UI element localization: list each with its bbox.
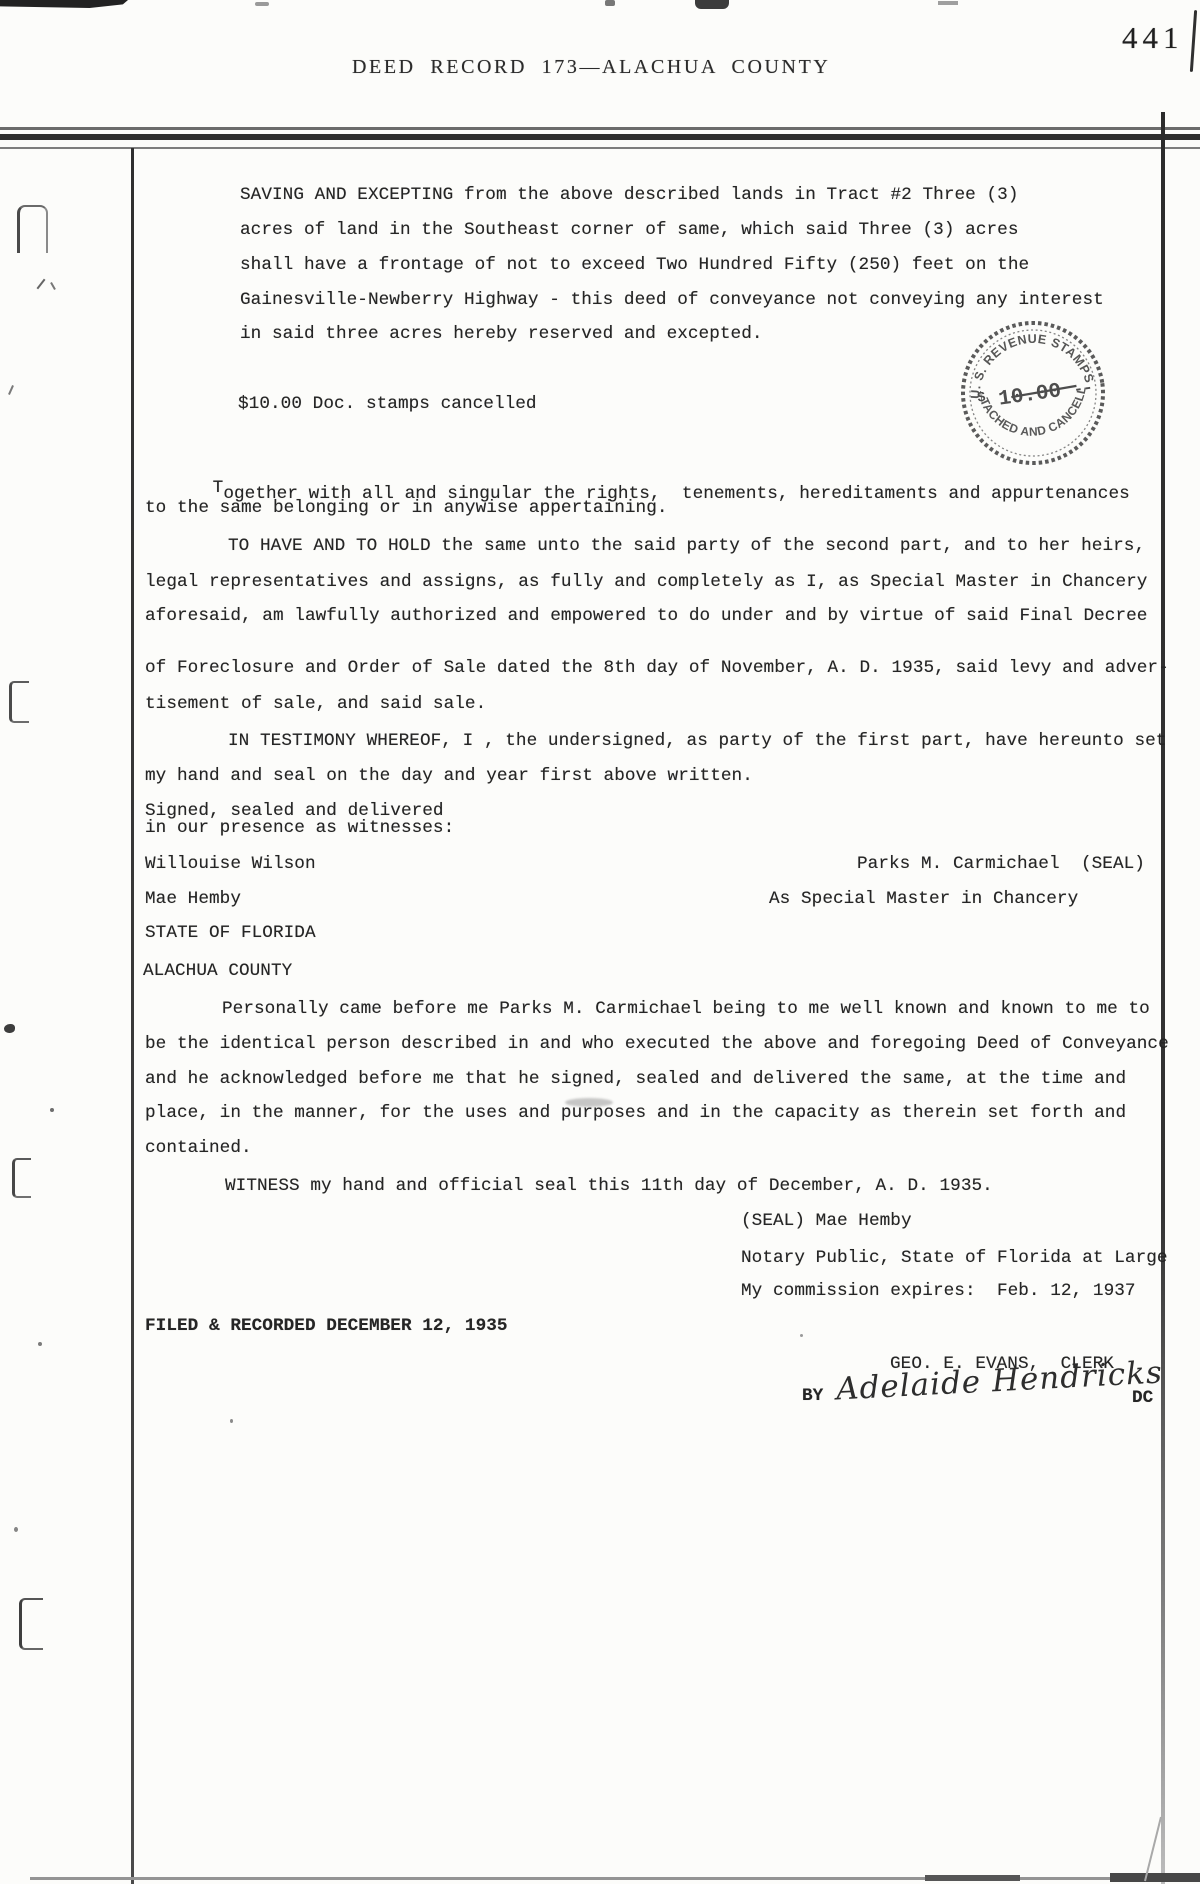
deed-line: to the same belonging or in anywise appe… <box>145 498 668 518</box>
margin-dot <box>38 1342 42 1346</box>
deed-record-page: 441 DEED RECORD 173—ALACHUA COUNTY U <box>0 0 1200 1884</box>
margin-bracket-mark <box>17 205 48 253</box>
margin-tick-mark <box>50 282 56 290</box>
deed-line: tisement of sale, and said sale. <box>145 694 486 714</box>
margin-tick-mark <box>8 385 14 395</box>
notary-title-line: Notary Public, State of Florida at Large <box>741 1248 1168 1268</box>
margin-bracket-mark <box>9 681 29 723</box>
notary-commission-line: My commission expires: Feb. 12, 1937 <box>741 1281 1136 1301</box>
margin-tick-mark <box>37 279 46 290</box>
grantor-title-line: As Special Master in Chancery <box>769 889 1078 909</box>
by-label: BY <box>802 1386 823 1406</box>
margin-bracket-mark <box>19 1598 43 1650</box>
state-line: STATE OF FLORIDA <box>145 923 316 943</box>
doc-stamps-line: $10.00 Doc. stamps cancelled <box>238 394 537 414</box>
deed-line: Personally came before me Parks M. Carmi… <box>222 999 1150 1019</box>
deputy-suffix: DC <box>1132 1388 1153 1408</box>
deed-line: Gainesville-Newberry Highway - this deed… <box>240 290 1104 310</box>
deed-line: contained. <box>145 1138 252 1158</box>
deed-line: of Foreclosure and Order of Sale dated t… <box>145 658 1169 678</box>
witness-name: Willouise Wilson <box>145 854 316 874</box>
deed-line: shall have a frontage of not to exceed T… <box>240 255 1029 275</box>
witness-name: Mae Hemby <box>145 889 241 909</box>
scan-edge-artifact <box>0 0 128 8</box>
page-curl-line <box>1144 1817 1162 1882</box>
bottom-scan-band <box>30 1877 1200 1880</box>
deed-line: in said three acres hereby reserved and … <box>240 324 763 344</box>
header-rule-thin <box>0 127 1200 130</box>
scan-edge-artifact <box>938 1 958 5</box>
deed-line: be the identical person described in and… <box>145 1034 1169 1054</box>
deed-line: aforesaid, am lawfully authorized and em… <box>145 606 1147 626</box>
left-page-border <box>131 148 134 1884</box>
grantor-signature-line: Parks M. Carmichael (SEAL) <box>857 854 1145 874</box>
bottom-scan-band-dark <box>1110 1873 1200 1882</box>
scan-edge-artifact <box>605 0 615 6</box>
margin-dot <box>14 1527 18 1532</box>
right-page-border <box>1161 112 1165 1884</box>
raised-letter: T <box>213 478 224 498</box>
bottom-scan-band-dark <box>925 1875 1020 1881</box>
header-rule-lower <box>0 147 1200 149</box>
margin-dot <box>800 1334 803 1337</box>
deed-line: my hand and seal on the day and year fir… <box>145 766 753 786</box>
county-line: ALACHUA COUNTY <box>143 961 292 981</box>
deed-line: place, in the manner, for the uses and p… <box>145 1103 1126 1123</box>
deed-line: TO HAVE AND TO HOLD the same unto the sa… <box>228 536 1145 556</box>
scan-edge-artifact <box>695 0 729 9</box>
running-header: DEED RECORD 173—ALACHUA COUNTY <box>352 56 830 79</box>
page-number: 441 <box>1122 20 1184 56</box>
margin-bracket-mark <box>12 1158 31 1198</box>
deputy-clerk-signature: Adelaide Hendricks <box>835 1354 1163 1407</box>
deed-line: acres of land in the Southeast corner of… <box>240 220 1019 240</box>
notary-seal-line: (SEAL) Mae Hemby <box>741 1211 912 1231</box>
deed-line: legal representatives and assigns, as fu… <box>145 572 1147 592</box>
scan-edge-artifact <box>255 2 269 6</box>
filed-recorded-line: FILED & RECORDED DECEMBER 12, 1935 <box>145 1316 508 1336</box>
margin-dot <box>230 1419 233 1423</box>
header-rule-thick <box>0 134 1200 140</box>
deed-line: SAVING AND EXCEPTING from the above desc… <box>240 185 1019 205</box>
deed-line: IN TESTIMONY WHEREOF, I , the undersigne… <box>228 731 1166 751</box>
revenue-stamp: U. S. REVENUE STAMPS ATTACHED AND CANCEL… <box>953 313 1113 473</box>
margin-smudge <box>4 1024 15 1033</box>
witness-seal-line: WITNESS my hand and official seal this 1… <box>225 1176 993 1196</box>
signed-block-line: in our presence as witnesses: <box>145 818 454 838</box>
page-corner-mark <box>1190 10 1197 72</box>
deed-line: and he acknowledged before me that he si… <box>145 1069 1126 1089</box>
ink-smudge <box>565 1098 613 1107</box>
margin-dot <box>50 1108 54 1112</box>
